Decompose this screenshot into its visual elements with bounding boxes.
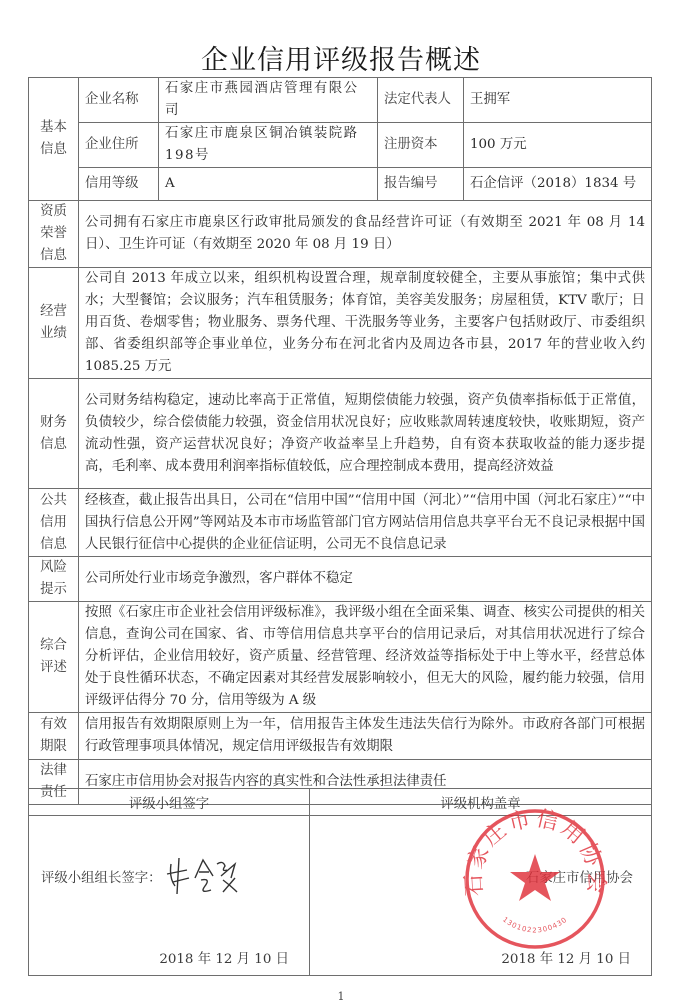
label-address: 企业住所 <box>79 123 159 168</box>
value-registered-capital: 100 万元 <box>464 123 652 168</box>
section-label-financial: 财务信息 <box>29 379 79 489</box>
row-performance: 经营业绩 公司自 2013 年成立以来，组织机构设置合理，规章制度较健全，主要从… <box>29 268 652 379</box>
section-text-public-credit: 经核查，截止报告出具日，公司在“信用中国”“信用中国（河北）”“信用中国（河北石… <box>79 489 652 557</box>
label-credit-grade: 信用等级 <box>79 168 159 201</box>
section-text-overall: 按照《石家庄市企业社会信用评级标准》，我评级小组在全面采集、调查、核实公司提供的… <box>79 602 652 713</box>
signature-table: 评级小组签字 评级机构盖章 评级小组组长签字： 2018 年 12 月 10 日… <box>28 788 652 976</box>
row-credit-grade: 信用等级 A 报告编号 石企信评（2018）1834 号 <box>29 168 652 201</box>
row-address: 企业住所 石家庄市鹿泉区铜冶镇装院路198号 注册资本 100 万元 <box>29 123 652 168</box>
section-text-performance: 公司自 2013 年成立以来，组织机构设置合理，规章制度较健全，主要从事旅馆；集… <box>79 268 652 379</box>
page-title: 企业信用评级报告概述 <box>0 38 682 77</box>
section-label-risk: 风险提示 <box>29 557 79 602</box>
section-label-overall: 综合评述 <box>29 602 79 713</box>
label-legal-rep: 法定代表人 <box>378 78 464 123</box>
report-summary-table: 基本信息 企业名称 石家庄市燕园酒店管理有限公司 法定代表人 王拥军 企业住所 … <box>28 77 652 805</box>
row-qualification: 资质荣誉信息 公司拥有石家庄市鹿泉区行政审批局颁发的食品经营许可证（有效期至 2… <box>29 201 652 268</box>
rating-team-signature-header: 评级小组签字 <box>29 789 310 816</box>
row-financial: 财务信息 公司财务结构稳定，速动比率高于正常值，短期偿债能力较强，资产负债率指标… <box>29 379 652 489</box>
section-text-qualification: 公司拥有石家庄市鹿泉区行政审批局颁发的食品经营许可证（有效期至 2021 年 0… <box>79 201 652 268</box>
label-company-name: 企业名称 <box>79 78 159 123</box>
row-risk: 风险提示 公司所处行业市场竞争激烈，客户群体不稳定 <box>29 557 652 602</box>
value-address: 石家庄市鹿泉区铜冶镇装院路198号 <box>159 123 378 168</box>
section-text-financial: 公司财务结构稳定，速动比率高于正常值，短期偿债能力较强，资产负债率指标低于正常值… <box>79 379 652 489</box>
section-text-risk: 公司所处行业市场竞争激烈，客户群体不稳定 <box>79 557 652 602</box>
section-label-public-credit: 公共信用信息 <box>29 489 79 557</box>
section-label-qualification: 资质荣誉信息 <box>29 201 79 268</box>
section-label-basic-info: 基本信息 <box>29 78 79 201</box>
value-company-name: 石家庄市燕园酒店管理有限公司 <box>159 78 378 123</box>
row-public-credit: 公共信用信息 经核查，截止报告出具日，公司在“信用中国”“信用中国（河北）”“信… <box>29 489 652 557</box>
value-report-number: 石企信评（2018）1834 号 <box>464 168 652 201</box>
team-signature-date: 2018 年 12 月 10 日 <box>159 948 289 967</box>
label-report-number: 报告编号 <box>378 168 464 201</box>
page-number: 1 <box>0 990 682 1002</box>
section-text-validity: 信用报告有效期限原则上为一年，信用报告主体发生违法失信行为除外。市政府各部门可根… <box>79 713 652 760</box>
svg-text:1301022300430: 1301022300430 <box>501 916 569 935</box>
row-company-name: 基本信息 企业名称 石家庄市燕园酒店管理有限公司 法定代表人 王拥军 <box>29 78 652 123</box>
official-seal-stamp-icon: 石家庄市信用协会 1301022300430 <box>462 806 608 952</box>
section-label-performance: 经营业绩 <box>29 268 79 379</box>
value-legal-rep: 王拥军 <box>464 78 652 123</box>
team-leader-signature-label: 评级小组组长签字： <box>41 867 162 886</box>
handwritten-signature-icon <box>165 856 245 896</box>
row-validity: 有效期限 信用报告有效期限原则上为一年，信用报告主体发生违法失信行为除外。市政府… <box>29 713 652 760</box>
section-label-validity: 有效期限 <box>29 713 79 760</box>
row-overall: 综合评述 按照《石家庄市企业社会信用评级标准》，我评级小组在全面采集、调查、核实… <box>29 602 652 713</box>
agency-seal-cell: 石家庄市信用协会 石家庄市信用协会 1301022300430 2018 年 1… <box>310 816 652 976</box>
team-signature-cell: 评级小组组长签字： 2018 年 12 月 10 日 <box>29 816 310 976</box>
label-registered-capital: 注册资本 <box>378 123 464 168</box>
value-credit-grade: A <box>159 168 378 201</box>
